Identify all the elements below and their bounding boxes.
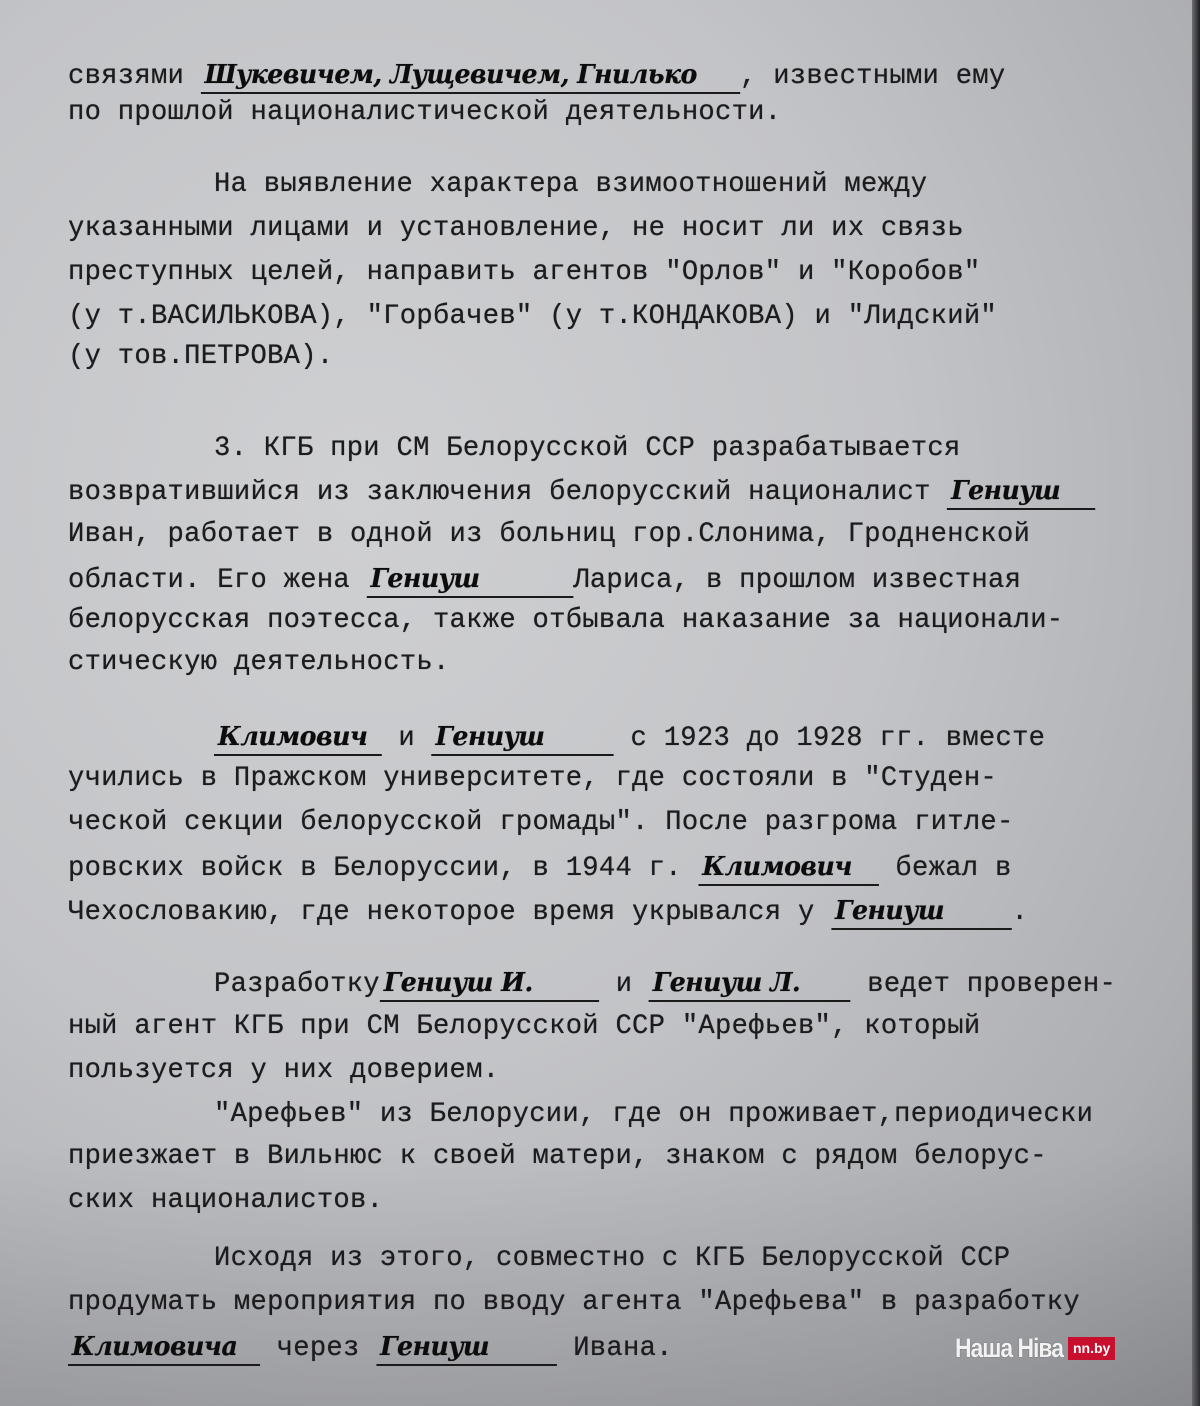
doc-line: На выявление характера взимоотношений ме… bbox=[214, 168, 927, 202]
handwritten-name: Гениуш Л. bbox=[649, 966, 851, 1002]
typed-text: стическую деятельность. bbox=[68, 647, 450, 678]
doc-line: ческой секции белорусской громады". Посл… bbox=[68, 806, 1014, 840]
handwritten-name: Гениуш bbox=[376, 1330, 556, 1366]
doc-line: РазработкуГениуш И. и Гениуш Л. ведет пр… bbox=[214, 966, 1116, 1002]
handwritten-name: Гениуш bbox=[831, 894, 1011, 930]
doc-line: Климовича через Гениуш Ивана. bbox=[68, 1330, 673, 1366]
doc-line: указанными лицами и установление, не нос… bbox=[68, 212, 964, 246]
watermark-logo: Наша Ніва nn.by bbox=[955, 1333, 1115, 1363]
doc-line: Чехословакию, где некоторое время укрыва… bbox=[68, 894, 1028, 930]
typed-text: через bbox=[260, 1333, 376, 1364]
typed-text: ческой секции белорусской громады". Посл… bbox=[68, 807, 1014, 838]
doc-line: Иван, работает в одной из больниц гор.Сл… bbox=[68, 518, 1030, 552]
doc-line: приезжает в Вильнюс к своей матери, знак… bbox=[68, 1140, 1047, 1174]
doc-line: связями Шукевичем, Лущевичем, Гнилько, и… bbox=[68, 58, 1005, 94]
handwritten-name: Гениуш bbox=[432, 720, 614, 756]
handwritten-name: Климович bbox=[698, 850, 878, 886]
doc-line: Климович и Гениуш с 1923 до 1928 гг. вме… bbox=[214, 720, 1045, 756]
handwritten-name: Гениуш bbox=[947, 474, 1095, 510]
typed-text: Лариса, в прошлом известная bbox=[573, 565, 1021, 596]
watermark-brand: Наша Ніва bbox=[955, 1333, 1063, 1364]
doc-line: 3. КГБ при СМ Белорусской ССР разрабатыв… bbox=[214, 432, 961, 466]
typed-text: белорусская поэтесса, также отбывала нак… bbox=[68, 605, 1063, 636]
typed-text: Ивана. bbox=[557, 1333, 673, 1364]
handwritten-name: Климович bbox=[214, 720, 382, 756]
handwritten-names: Шукевичем, Лущевичем, Гнилько bbox=[201, 58, 740, 94]
typed-text: ских националистов. bbox=[68, 1185, 383, 1216]
doc-line: продумать мероприятия по вводу агента "А… bbox=[68, 1286, 1080, 1320]
typed-text: связями bbox=[68, 61, 201, 92]
typed-text: (у тов.ПЕТРОВА). bbox=[68, 341, 333, 372]
typed-text: и bbox=[599, 969, 649, 1000]
typed-text: Иван, работает в одной из больниц гор.Сл… bbox=[68, 519, 1030, 550]
typed-text: ный агент КГБ при СМ Белорусской ССР "Ар… bbox=[68, 1011, 980, 1042]
handwritten-name: Гениуш bbox=[367, 562, 574, 598]
doc-line: учились в Пражском университете, где сос… bbox=[68, 762, 997, 796]
typed-text: бежал в bbox=[879, 853, 1012, 884]
doc-line: области. Его жена ГениушЛариса, в прошло… bbox=[68, 562, 1021, 598]
watermark-badge: nn.by bbox=[1068, 1337, 1115, 1360]
page-edge-shadow bbox=[1192, 0, 1200, 1406]
typed-text: и bbox=[382, 723, 432, 754]
typed-text: (у т.ВАСИЛЬКОВА), "Горбачев" (у т.КОНДАК… bbox=[68, 301, 997, 332]
typed-text: Исходя из этого, совместно с КГБ Белорус… bbox=[214, 1243, 1010, 1274]
handwritten-name: Гениуш И. bbox=[380, 966, 599, 1002]
typed-text: продумать мероприятия по вводу агента "А… bbox=[68, 1287, 1080, 1318]
typed-text: приезжает в Вильнюс к своей матери, знак… bbox=[68, 1141, 1047, 1172]
typed-text: Чехословакию, где некоторое время укрыва… bbox=[68, 897, 831, 928]
doc-line: пользуется у них доверием. bbox=[68, 1054, 499, 1088]
doc-line: стическую деятельность. bbox=[68, 646, 450, 680]
handwritten-name: Климовича bbox=[68, 1330, 260, 1366]
doc-line: преступных целей, направить агентов "Орл… bbox=[68, 256, 980, 290]
typed-text: ведет проверен- bbox=[851, 969, 1116, 1000]
doc-line: Исходя из этого, совместно с КГБ Белорус… bbox=[214, 1242, 1010, 1276]
typed-text: "Арефьев" из Белорусии, где он проживает… bbox=[214, 1099, 1093, 1130]
doc-line: по прошлой националистической деятельнос… bbox=[68, 96, 781, 130]
typed-text: с 1923 до 1928 гг. вместе bbox=[614, 723, 1045, 754]
doc-line: белорусская поэтесса, также отбывала нак… bbox=[68, 604, 1063, 638]
typed-text: пользуется у них доверием. bbox=[68, 1055, 499, 1086]
doc-line: ный агент КГБ при СМ Белорусской ССР "Ар… bbox=[68, 1010, 980, 1044]
typed-text: На выявление характера взимоотношений ме… bbox=[214, 169, 927, 200]
doc-line: ских националистов. bbox=[68, 1184, 383, 1218]
section-heading-text: 3. КГБ при СМ Белорусской ССР разрабатыв… bbox=[214, 433, 961, 464]
typed-text: преступных целей, направить агентов "Орл… bbox=[68, 257, 980, 288]
typed-text: по прошлой националистической деятельнос… bbox=[68, 97, 781, 128]
doc-line: возвратившийся из заключения белорусский… bbox=[68, 474, 1096, 510]
typed-text: области. Его жена bbox=[68, 565, 367, 596]
doc-line: (у тов.ПЕТРОВА). bbox=[68, 340, 333, 374]
typed-text: возвратившийся из заключения белорусский… bbox=[68, 477, 947, 508]
doc-line: ровских войск в Белоруссии, в 1944 г. Кл… bbox=[68, 850, 1012, 886]
typed-text: ровских войск в Белоруссии, в 1944 г. bbox=[68, 853, 698, 884]
doc-line: (у т.ВАСИЛЬКОВА), "Горбачев" (у т.КОНДАК… bbox=[68, 300, 997, 334]
typed-text: Разработку bbox=[214, 969, 380, 1000]
typed-text: , известными ему bbox=[740, 61, 1005, 92]
typed-text: указанными лицами и установление, не нос… bbox=[68, 213, 964, 244]
typed-text: учились в Пражском университете, где сос… bbox=[68, 763, 997, 794]
doc-line: "Арефьев" из Белорусии, где он проживает… bbox=[214, 1098, 1093, 1132]
typed-text: . bbox=[1012, 897, 1029, 928]
